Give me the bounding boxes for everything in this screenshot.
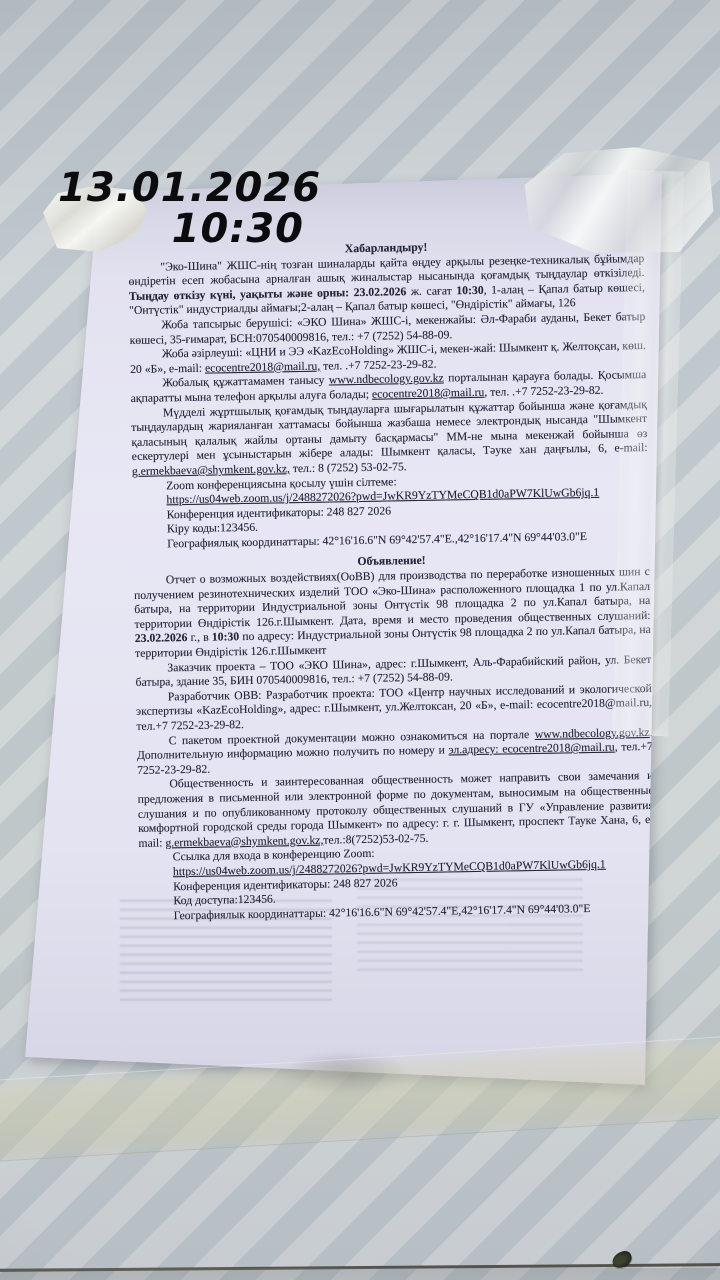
text-segment: 23.02.2026 [135, 631, 188, 645]
document-text: Хабарландыру! "Эко-Шина" ЖШС-нің тозған … [128, 237, 656, 924]
portal-link-text: www.ndbecology.gov.kz [329, 372, 444, 387]
kk-paragraph-1: "Эко-Шина" ЖШС-нің тозған шиналарды қайт… [128, 252, 645, 319]
text-segment: тел. .+7 7252-23-29-82. [320, 357, 436, 372]
timestamp-time: 10:30 [58, 209, 304, 250]
ru-paragraph-5: Общественность и заинтересованная общест… [137, 769, 654, 851]
text-segment: ж. сағат [406, 284, 456, 298]
text-segment: Жобалық құжаттамамен танысу [162, 374, 329, 390]
email-link-text: g.ermekbaeva@shymkent.gov.kz, [165, 833, 323, 849]
timestamp-overlay: 13.01.2026 10:30 [58, 168, 304, 250]
email-link-text: ecocentre2018@mail.ru, [205, 359, 320, 374]
paper-sheet: Хабарландыру! "Эко-Шина" ЖШС-нің тозған … [20, 165, 670, 1125]
text-segment: , тел. .+7 7252-23-29-82. [484, 384, 603, 399]
text-segment: тел.:8(7252)53-02-75. [323, 832, 428, 847]
text-segment: 10:30 [212, 631, 240, 644]
text-segment: 10:30 [456, 284, 484, 297]
photo-of-posted-announcement: Хабарландыру! "Эко-Шина" ЖШС-нің тозған … [0, 0, 720, 1280]
timestamp-date: 13.01.2026 [58, 168, 304, 209]
text-segment: Отчет о возможных воздействиях(ОоВВ) для… [134, 565, 651, 631]
paper-wrap: Хабарландыру! "Эко-Шина" ЖШС-нің тозған … [20, 165, 670, 1125]
text-segment: Разработчик ОВВ: Разработчик проекта: ТО… [136, 682, 652, 733]
email-link-text: эл.адресу: ecocentre2018@mail.ru [448, 741, 614, 757]
kk-paragraph-5: Мүдделі жұртшылық қоғамдық тыңдауларға ш… [131, 398, 648, 480]
ru-paragraph-1: Отчет о возможных воздействиях(ОоВВ) для… [134, 565, 651, 662]
wall-seam-shadow [0, 1268, 720, 1280]
text-segment: тел.: 8 (7252) 53-02-75. [290, 460, 407, 475]
text-segment: Мүдделі жұртшылық қоғамдық тыңдауларға ш… [131, 398, 648, 464]
email-link-text: ecocentre2018@mail.ru [372, 386, 485, 401]
text-segment: г., в [187, 631, 212, 644]
email-link-text: g.ermekbaeva@shymkent.gov.kz, [132, 462, 290, 478]
